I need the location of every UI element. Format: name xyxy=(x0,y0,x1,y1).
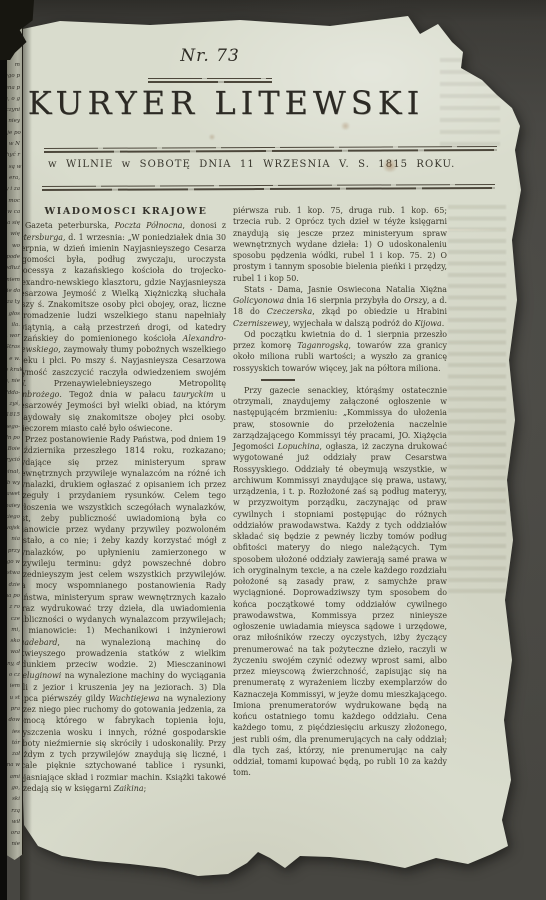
dateline: w WILNIE w SOBOTĘ DNIA 11 WRZESNIA V. S.… xyxy=(48,159,388,170)
paragraph: Gazeta peterburska, Poczta Północna, don… xyxy=(14,220,226,434)
paragraph: Przez postanowienie Rady Państwa, pod dn… xyxy=(14,434,226,794)
lower-double-rule xyxy=(42,184,495,190)
newspaper-scan-background: Nr. 73 KURYER LITEWSKI w WILNIE w SOBOTĘ… xyxy=(0,0,546,900)
paragraph: Od początku kwietnia do d. 1 sierpnia pr… xyxy=(233,329,447,374)
masthead-title: KURYER LITEWSKI xyxy=(16,84,436,122)
upper-double-rule xyxy=(44,146,497,152)
short-double-rule xyxy=(148,78,272,82)
ink-bleedthrough xyxy=(440,58,500,148)
ink-stain xyxy=(381,159,399,172)
section-heading: WIADOMOSCI KRAJOWE xyxy=(14,205,226,220)
paragraph: Stats - Dama, Jasnie Oswiecona Natalia X… xyxy=(233,284,447,329)
newspaper-page: Nr. 73 KURYER LITEWSKI w WILNIE w SOBOTĘ… xyxy=(0,0,546,900)
column-divider-rule xyxy=(261,379,295,381)
column-left: WIADOMOSCI KRAJOWEGazeta peterburska, Po… xyxy=(14,205,226,794)
paragraph: piérwsza rub. 1 kop. 75, druga rub. 1 ko… xyxy=(233,205,447,284)
column-right: piérwsza rub. 1 kop. 75, druga rub. 1 ko… xyxy=(233,205,447,779)
paper-wrap: Nr. 73 KURYER LITEWSKI w WILNIE w SOBOTĘ… xyxy=(0,0,546,900)
issue-number: Nr. 73 xyxy=(150,46,270,66)
binding-edge xyxy=(0,0,7,900)
ink-bleedthrough xyxy=(448,205,506,595)
ink-stain xyxy=(208,134,216,140)
ink-stain xyxy=(340,122,351,130)
paragraph: Przy gazecie senackiey, którąśmy ostatec… xyxy=(233,385,447,779)
